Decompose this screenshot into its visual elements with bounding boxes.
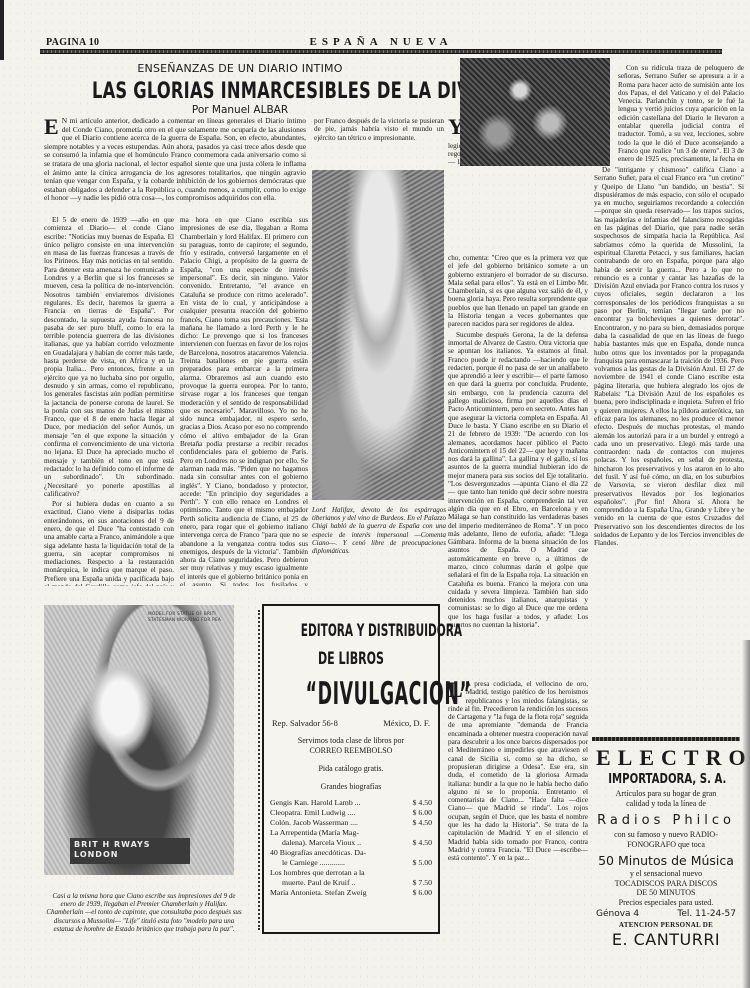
ad-section: Grandes biografías <box>270 782 432 792</box>
book-title: Colón. Jacob Wasserman .... <box>270 818 358 828</box>
caption-halifax: Lord Halifax, devoto de los espárragos t… <box>312 506 446 555</box>
ad-phone: Tel. 11-24-57 <box>677 909 736 919</box>
ad-attention: ATENCION PERSONAL DE <box>592 921 740 929</box>
book-title: le Carniege ............. <box>282 858 345 868</box>
ad-text: FONOGRAFO que toca <box>592 840 740 850</box>
paragraph: Por si hubiera dudas en cuanto a su exac… <box>44 500 174 586</box>
book-price: $ 5.00 <box>413 858 433 868</box>
masthead: ESPAÑA NUEVA <box>40 36 722 48</box>
book-title: 40 Biografías anecdóticas. Da- <box>270 848 366 858</box>
ad-service: Servimos toda clase de libros por <box>270 736 432 746</box>
book-title: Los hombres que derrotan a la <box>270 868 365 878</box>
photo-inset-line: STATESMAN WORKING FOR PEA <box>148 618 238 624</box>
ad-address: Rep. Salvador 56-8 <box>272 718 338 728</box>
ad-contact-row: Génova 4 Tel. 11-24-57 <box>592 909 740 919</box>
paragraph: ma hora en que Ciano escribía sus impres… <box>180 216 308 586</box>
airways-sign: BRIT H RWAYS LONDON <box>70 838 190 864</box>
book-item: 40 Biografías anecdóticas. Da- <box>270 848 432 858</box>
book-item: Colón. Jacob Wasserman ....$ 4.50 <box>270 818 432 828</box>
article-column-5-top: Con su ridícula traza de peluquero de se… <box>618 64 744 164</box>
ad-divider <box>592 737 740 741</box>
scan-edge <box>0 0 4 60</box>
book-title: dalena). Marcela Vioux .. <box>282 838 361 848</box>
book-price: $ 4.50 <box>413 798 433 808</box>
ad-divulgacion: EDITORA Y DISTRIBUIDORA DE LIBROS “DIVUL… <box>262 604 440 934</box>
book-title: Cleopatra. Emil Ludwig .... <box>270 808 355 818</box>
ad-brand: “DIVULGACION” <box>306 676 397 712</box>
photo-lord-halifax <box>312 170 444 500</box>
ad-text: y el sensacional nuevo <box>592 869 740 879</box>
ad-text: TOCADISCOS PARA DISCOS <box>592 879 740 889</box>
photo-inset-text: MODEL FOR STATUE OF BRITI STATESMAN WORK… <box>148 612 238 624</box>
book-price: $ 4.50 <box>413 818 433 828</box>
ad-text: Artículos para su hogar de gran <box>592 789 740 799</box>
ad-electro: ELECTRO IMPORTADORA, S. A. Artículos par… <box>592 737 740 952</box>
ad-address-row: Rep. Salvador 56-8 México, D. F. <box>270 718 432 728</box>
ad-city: México, D. F. <box>383 718 430 728</box>
ad-highlight: 50 Minutos de Música <box>592 852 740 869</box>
photo-chamberlain <box>44 605 234 875</box>
page-header: PAGINA 10 ESPAÑA NUEVA <box>40 36 722 50</box>
paragraph: Sucumbe después Gerona, la de la defensa… <box>448 331 588 630</box>
article-intro: E N mi artículo anterior, dedicado a com… <box>44 117 306 213</box>
ad-text: Precios especiales para usted. <box>592 898 740 908</box>
article-column-4: cho, comenta: "Creo que es la primera ve… <box>448 254 588 676</box>
airways-sign-line: BRIT H RWAYS <box>74 840 186 850</box>
article-column-5: De "intrigante y chismoso" califica Cian… <box>594 166 744 732</box>
book-title: Gengis Kan. Harold Lamb ... <box>270 798 361 808</box>
drop-cap: E <box>44 118 59 136</box>
book-price: $ 6.00 <box>413 888 433 898</box>
article-column-4b: L A presa codiciada, el vellocino de oro… <box>448 680 588 965</box>
header-rule <box>40 49 722 54</box>
ad-text: con su famoso y nuevo RADIO- <box>592 830 740 840</box>
book-item: Gengis Kan. Harold Lamb ...$ 4.50 <box>270 798 432 808</box>
ad-title: EDITORA Y DISTRIBUIDORA <box>301 620 401 642</box>
caption-chamberlain: Casi a la misma hora que Ciano escribe s… <box>44 892 244 933</box>
paragraph: por Franco después de la victoria se pus… <box>314 117 444 142</box>
article-byline: Por Manuel ALBAR <box>40 104 440 116</box>
book-title: La Arrepentida (María Mag- <box>270 828 359 838</box>
book-list: Gengis Kan. Harold Lamb ...$ 4.50 Cleopa… <box>270 798 432 898</box>
paragraph: cho, comenta: "Creo que es la primera ve… <box>448 254 588 329</box>
airways-sign-line: LONDON <box>74 850 186 860</box>
scan-shadow <box>742 640 750 988</box>
book-item: dalena). Marcela Vioux ..$ 4.50 <box>270 838 432 848</box>
paragraph: De "intrigante y chismoso" califica Cian… <box>594 166 744 548</box>
ad-service: CORREO REEMBOLSO <box>270 746 432 756</box>
paragraph: Con su ridícula traza de peluquero de se… <box>618 64 744 164</box>
ad-brand: ELECTRO <box>596 745 740 771</box>
ad-product: Radios Philco <box>592 812 740 830</box>
book-item: muerte. Paul de Kruif ..$ 7.50 <box>270 878 432 888</box>
ad-title: DE LIBROS <box>298 648 403 670</box>
ad-text: calidad y toda la línea de <box>592 799 740 809</box>
book-item: María Antonieta. Stefan Zweig$ 6.00 <box>270 888 432 898</box>
photo-mussolini-suner <box>460 58 610 166</box>
book-title: muerte. Paul de Kruif .. <box>282 878 355 888</box>
newspaper-page: PAGINA 10 ESPAÑA NUEVA ENSEÑANZAS DE UN … <box>0 0 750 988</box>
ad-contact-name: E. CANTURRI <box>592 929 740 951</box>
book-title: María Antonieta. Stefan Zweig <box>270 888 367 898</box>
book-item: Cleopatra. Emil Ludwig ....$ 6.00 <box>270 808 432 818</box>
intro-text: N mi artículo anterior, dedicado a comen… <box>44 117 306 202</box>
ad-address: Génova 4 <box>596 909 639 919</box>
paragraph: El 5 de enero de 1939 —año en que comien… <box>44 216 174 498</box>
ad-text: DE 50 MINUTOS <box>592 888 740 898</box>
book-item: le Carniege .............$ 5.00 <box>270 858 432 868</box>
book-item: Los hombres que derrotan a la <box>270 868 432 878</box>
book-price: $ 4.50 <box>413 838 433 848</box>
article-kicker: ENSEÑANZAS DE UN DIARIO INTIMO <box>40 62 440 75</box>
book-item: La Arrepentida (María Mag- <box>270 828 432 838</box>
book-price: $ 7.50 <box>413 878 433 888</box>
article-column-1: El 5 de enero de 1939 —año en que comien… <box>44 216 174 586</box>
ad-catalog: Pida catálogo gratis. <box>270 764 432 774</box>
book-price: $ 6.00 <box>413 808 433 818</box>
article-headline: LAS GLORIAS INMARCESIBLES DE LA DIVISION… <box>92 79 388 104</box>
article-column-2: ma hora en que Ciano escribía sus impres… <box>180 216 308 586</box>
ad-subtitle: IMPORTADORA, S. A. <box>608 771 723 789</box>
